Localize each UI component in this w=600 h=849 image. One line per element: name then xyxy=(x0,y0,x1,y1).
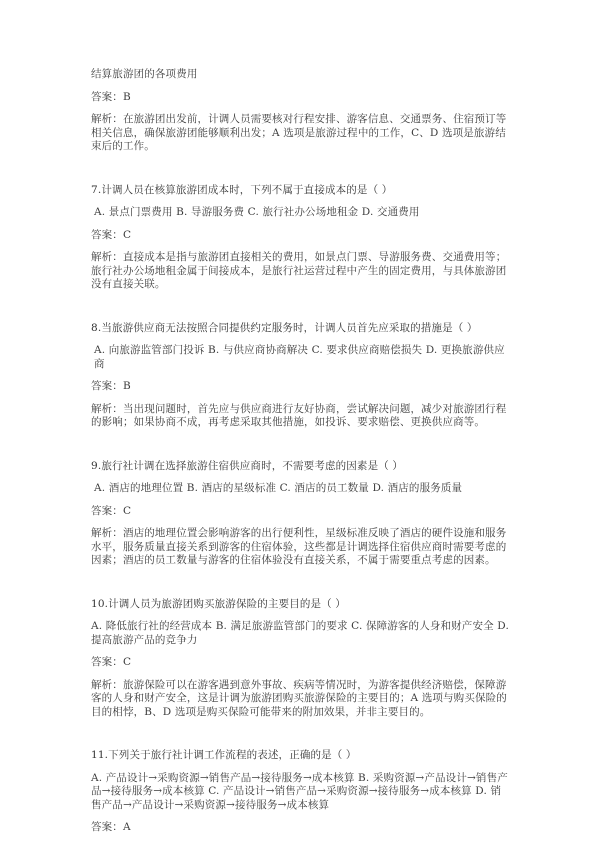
options-text: A. 景点门票费用 B. 导游服务费 C. 旅行社办公场地租金 D. 交通费用 xyxy=(91,206,511,220)
question-6-continuation: 结算旅游团的各项费用 答案：B 解析：在旅游团出发前，计调人员需要核对行程安排、… xyxy=(91,68,511,154)
analysis-text: 解析：直接成本是指与旅游团直接相关的费用，如景点门票、导游服务费、交通费用等；旅… xyxy=(91,251,511,292)
question-10: 10.计调人员为旅游团购买旅游保险的主要目的是（ ） A. 降低旅行社的经营成本… xyxy=(91,598,511,720)
analysis-text: 解析：旅游保险可以在游客遇到意外事故、疾病等情况时，为游客提供经济赔偿，保障游客… xyxy=(91,679,511,720)
analysis-text: 解析：在旅游团出发前，计调人员需要核对行程安排、游客信息、交通票务、住宿预订等相… xyxy=(91,113,511,154)
analysis-text: 解析：酒店的地理位置会影响游客的出行便利性，星级标准反映了酒店的硬件设施和服务水… xyxy=(91,527,511,568)
answer-text: 答案：B xyxy=(91,91,511,105)
options-text: A. 产品设计→采购资源→销售产品→接待服务→成本核算 B. 采购资源→产品设计… xyxy=(91,772,511,813)
question-text: 11.下列关于旅行社计调工作流程的表述，正确的是（ ） xyxy=(91,749,511,763)
answer-text: 答案：A xyxy=(91,821,511,835)
question-text: 8.当旅游供应商无法按照合同提供约定服务时，计调人员首先应采取的措施是（ ） xyxy=(91,322,511,336)
options-tail: 结算旅游团的各项费用 xyxy=(91,68,511,82)
question-11: 11.下列关于旅行社计调工作流程的表述，正确的是（ ） A. 产品设计→采购资源… xyxy=(91,749,511,835)
answer-text: 答案：C xyxy=(91,505,511,519)
question-text: 7.计调人员在核算旅游团成本时，下列不属于直接成本的是（ ） xyxy=(91,184,511,198)
question-text: 9.旅行社计调在选择旅游住宿供应商时，不需要考虑的因素是（ ） xyxy=(91,460,511,474)
question-8: 8.当旅游供应商无法按照合同提供约定服务时，计调人员首先应采取的措施是（ ） A… xyxy=(91,322,511,430)
answer-text: 答案：C xyxy=(91,229,511,243)
question-7: 7.计调人员在核算旅游团成本时，下列不属于直接成本的是（ ） A. 景点门票费用… xyxy=(91,184,511,292)
question-text: 10.计调人员为旅游团购买旅游保险的主要目的是（ ） xyxy=(91,598,511,612)
answer-text: 答案：B xyxy=(91,380,511,394)
question-9: 9.旅行社计调在选择旅游住宿供应商时，不需要考虑的因素是（ ） A. 酒店的地理… xyxy=(91,460,511,568)
options-text: A. 酒店的地理位置 B. 酒店的星级标准 C. 酒店的员工数量 D. 酒店的服… xyxy=(91,482,511,496)
analysis-text: 解析：当出现问题时，首先应与供应商进行友好协商，尝试解决问题，减少对旅游团行程的… xyxy=(91,403,511,430)
options-text: A. 降低旅行社的经营成本 B. 满足旅游监管部门的要求 C. 保障游客的人身和… xyxy=(91,620,511,647)
answer-text: 答案：C xyxy=(91,656,511,670)
options-text: A. 向旅游监管部门投诉 B. 与供应商协商解决 C. 要求供应商赔偿损失 D.… xyxy=(91,344,511,371)
document-page: 结算旅游团的各项费用 答案：B 解析：在旅游团出发前，计调人员需要核对行程安排、… xyxy=(91,68,511,835)
